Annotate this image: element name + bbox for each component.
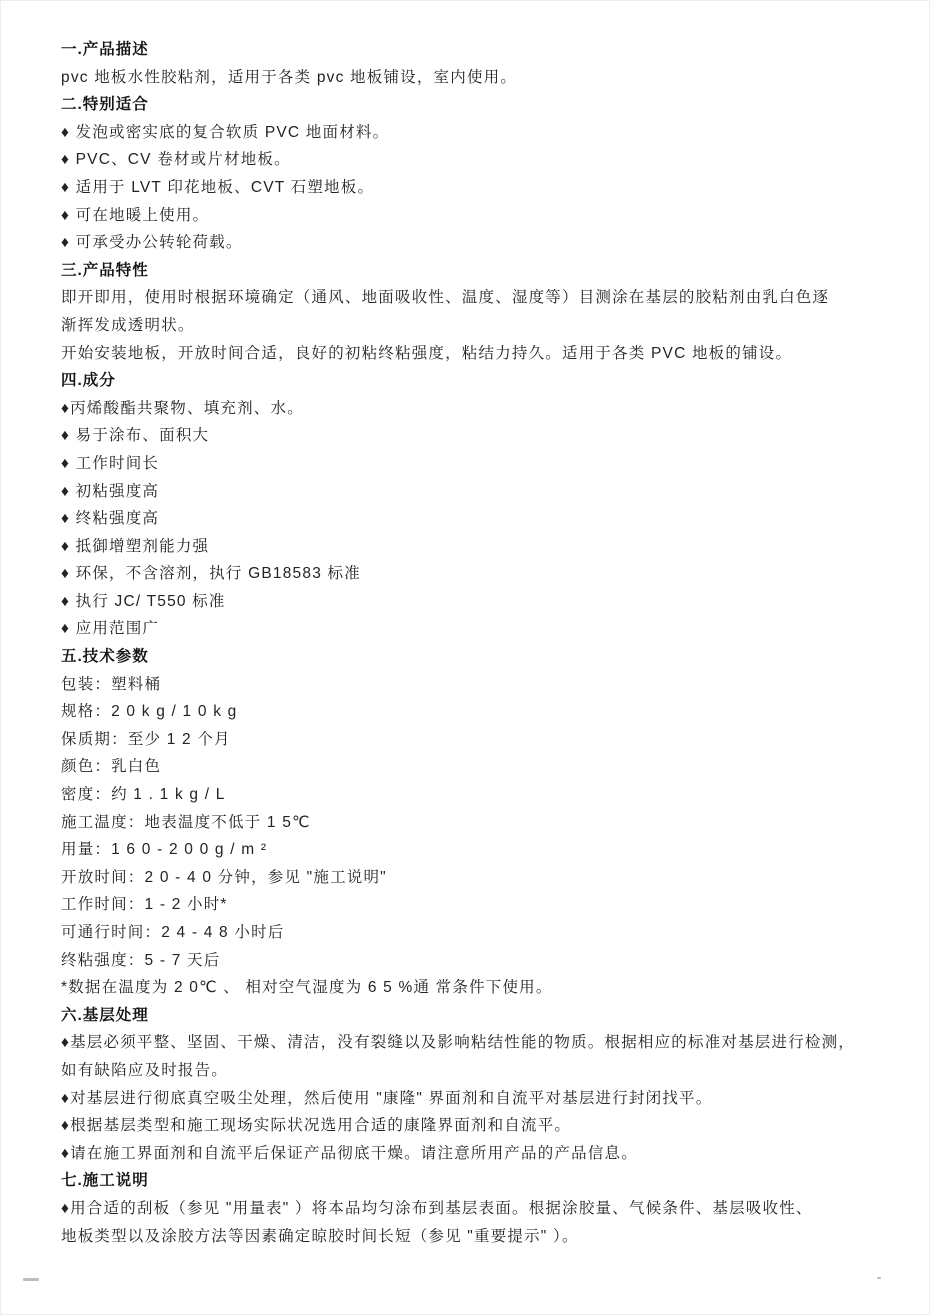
bullet-item: ♦ 环保，不含溶剂，执行 GB18583 标准	[61, 560, 884, 588]
bullet-item: ♦根据基层类型和施工现场实际状况选用合适的康隆界面剂和自流平。	[61, 1112, 884, 1140]
bullet-item: ♦ 抵御增塑剂能力强	[61, 533, 884, 561]
bullet-item: ♦用合适的刮板（参见 "用量表" ）将本品均匀涂布到基层表面。根据涂胶量、气候条…	[61, 1195, 884, 1250]
paragraph: 工作时间：1 - 2 小时*	[61, 891, 884, 919]
bullet-item: ♦ PVC、CV 卷材或片材地板。	[61, 146, 884, 174]
bullet-item: ♦ 终粘强度高	[61, 505, 884, 533]
section-heading: 五.技术参数	[61, 643, 884, 671]
bullet-item: ♦ 易于涂布、面积大	[61, 422, 884, 450]
section-heading: 七.施工说明	[61, 1167, 884, 1195]
paragraph: 即开即用，使用时根据环境确定（通风、地面吸收性、温度、湿度等）目测涂在基层的胶粘…	[61, 284, 884, 339]
paragraph: 规格：2 0 k g / 1 0 k g	[61, 698, 884, 726]
paragraph: 可通行时间：2 4 - 4 8 小时后	[61, 919, 884, 947]
paragraph: 保质期：至少 1 2 个月	[61, 726, 884, 754]
bullet-item: ♦ 应用范围广	[61, 615, 884, 643]
paragraph: pvc 地板水性胶粘剂，适用于各类 pvc 地板铺设，室内使用。	[61, 64, 884, 92]
section-heading: 四.成分	[61, 367, 884, 395]
bullet-item: ♦ 初粘强度高	[61, 478, 884, 506]
paragraph: *数据在温度为 2 0℃ 、 相对空气湿度为 6 5 %通 常条件下使用。	[61, 974, 884, 1002]
paragraph: 用量：1 6 0 - 2 0 0 g / m ²	[61, 836, 884, 864]
paragraph: 开始安装地板，开放时间合适，良好的初粘终粘强度，粘结力持久。适用于各类 PVC …	[61, 340, 884, 368]
paragraph: 颜色：乳白色	[61, 753, 884, 781]
bullet-item: ♦ 可在地暖上使用。	[61, 202, 884, 230]
bottom-left-resize-mark	[23, 1278, 39, 1281]
paragraph: 开放时间：2 0 - 4 0 分钟，参见 "施工说明"	[61, 864, 884, 892]
bullet-item: ♦对基层进行彻底真空吸尘处理，然后使用 "康隆" 界面剂和自流平对基层进行封闭找…	[61, 1085, 884, 1113]
bullet-item: ♦ 发泡或密实底的复合软质 PVC 地面材料。	[61, 119, 884, 147]
section-heading: 二.特别适合	[61, 91, 884, 119]
section-heading: 六.基层处理	[61, 1002, 884, 1030]
paragraph: 包装：塑料桶	[61, 671, 884, 699]
document-page: 一.产品描述pvc 地板水性胶粘剂，适用于各类 pvc 地板铺设，室内使用。二.…	[0, 0, 930, 1315]
paragraph: 施工温度：地表温度不低于 1 5℃	[61, 809, 884, 837]
bullet-item: ♦丙烯酸酯共聚物、填充剂、水。	[61, 395, 884, 423]
paragraph: 密度：约 1 . 1 k g / L	[61, 781, 884, 809]
bottom-right-resize-mark	[877, 1277, 881, 1279]
bullet-item: ♦ 工作时间长	[61, 450, 884, 478]
bullet-item: ♦ 适用于 LVT 印花地板、CVT 石塑地板。	[61, 174, 884, 202]
bullet-item: ♦请在施工界面剂和自流平后保证产品彻底干燥。请注意所用产品的产品信息。	[61, 1140, 884, 1168]
document-body: 一.产品描述pvc 地板水性胶粘剂，适用于各类 pvc 地板铺设，室内使用。二.…	[1, 1, 929, 1250]
bullet-item: ♦ 执行 JC/ T550 标准	[61, 588, 884, 616]
section-heading: 一.产品描述	[61, 36, 884, 64]
bullet-item: ♦基层必须平整、坚固、干燥、清洁，没有裂缝以及影响粘结性能的物质。根据相应的标准…	[61, 1029, 884, 1084]
section-heading: 三.产品特性	[61, 257, 884, 285]
paragraph: 终粘强度：5 - 7 天后	[61, 947, 884, 975]
bullet-item: ♦ 可承受办公转轮荷载。	[61, 229, 884, 257]
